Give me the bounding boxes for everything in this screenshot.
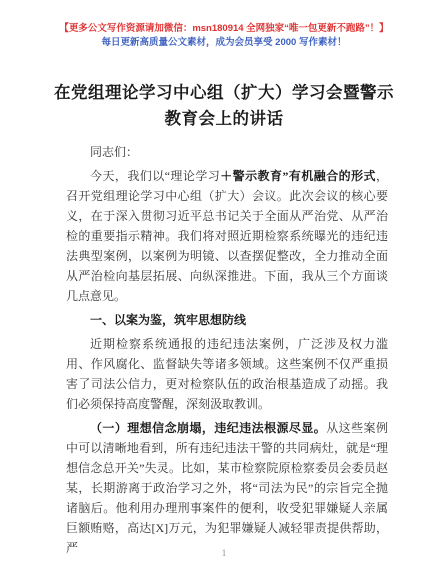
- salutation: 同志们：: [66, 142, 388, 162]
- paragraph-text: ，召开党组理论学习中心组（扩大）会议。此次会议的核心要义，在于深入贯彻习近平总书…: [66, 169, 388, 303]
- paragraph-text-bold: ＋警示教育”有机融合的形式: [220, 169, 376, 183]
- paragraph-section1-lead: 近期检察系统通报的违纪违法案例，广泛涉及权力滥用、作风腐化、监督缺失等诸多领域。…: [66, 334, 388, 414]
- document-page: 【更多公文写作资源请加微信：msn180914 全网独家“唯一包更新不跑路”！】…: [0, 0, 448, 580]
- promo-line-2: 每日更新高质量公文素材，成为会员享受 2000 写作素材！: [0, 36, 448, 50]
- promo-header: 【更多公文写作资源请加微信：msn180914 全网独家“唯一包更新不跑路”！】…: [0, 0, 448, 50]
- paragraph-text: 今天，我们以“理论学习: [90, 169, 220, 183]
- paragraph-text: 从这些案例中可以清晰地看到，所有违纪违法干警的共同病灶，就是“理想信念总开关”失…: [66, 421, 388, 555]
- document-title: 在党组理论学习中心组（扩大）学习会暨警示教育会上的讲话: [46, 80, 402, 132]
- document-body: 同志们：今天，我们以“理论学习＋警示教育”有机融合的形式，召开党组理论学习中心组…: [66, 142, 388, 558]
- paragraph-point-1: （一）理想信念崩塌，违纪违法根源尽显。从这些案例中可以清晰地看到，所有违纪违法干…: [66, 418, 388, 558]
- page-number: 1: [0, 548, 448, 558]
- promo-line-1: 【更多公文写作资源请加微信：msn180914 全网独家“唯一包更新不跑路”！】: [0, 22, 448, 36]
- paragraph-text: 近期检察系统通报的违纪违法案例，广泛涉及权力滥用、作风腐化、监督缺失等诸多领域。…: [66, 337, 388, 411]
- paragraph-text: 同志们：: [90, 145, 138, 159]
- paragraph-text-bold: （一）理想信念崩塌，违纪违法根源尽显。: [90, 421, 326, 435]
- paragraph-intro: 今天，我们以“理论学习＋警示教育”有机融合的形式，召开党组理论学习中心组（扩大）…: [66, 166, 388, 306]
- section-heading-1: 一、以案为鉴，筑牢思想防线: [66, 310, 388, 330]
- paragraph-text: 一、以案为鉴，筑牢思想防线: [90, 313, 246, 327]
